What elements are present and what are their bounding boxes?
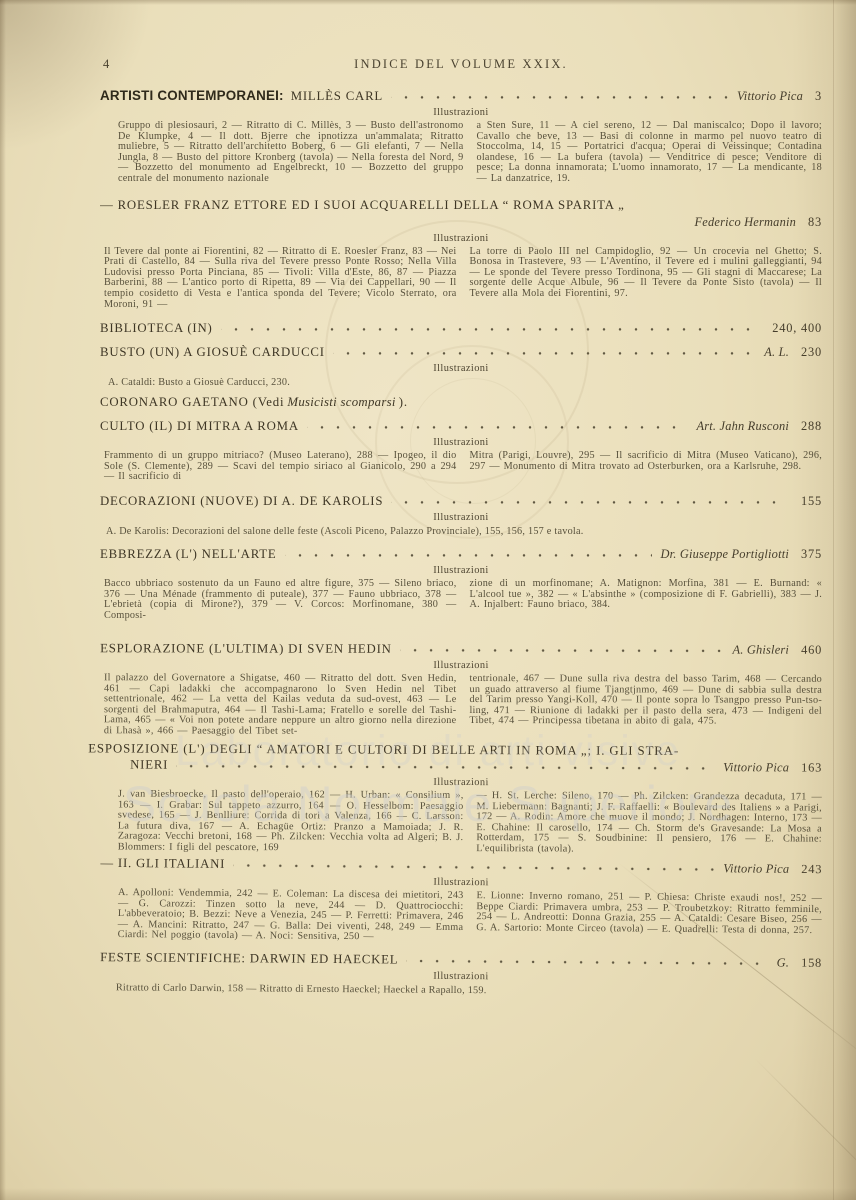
illustration-list-left: Frammento di un gruppo mitriaco? (Museo … — [104, 451, 457, 483]
entry-roesler-franz: — ROESLER FRANZ ETTORE ED I SUOI ACQUARE… — [100, 197, 822, 311]
entry-coronaro: CORONARO GAETANO (Vedi Musicisti scompar… — [100, 394, 822, 410]
page-ref: 460 — [801, 642, 822, 658]
illustration-columns: J. van Biesbroecke, Il pasto dell'operai… — [100, 789, 822, 856]
entry-title: ESPOSIZIONE (L') DEGLI “ AMATORI E CULTO… — [88, 740, 679, 759]
entry-gli-italiani: — II. GLI ITALIANI Vittorio Pica 243 Ill… — [100, 855, 823, 947]
illustration-columns: Frammento di un gruppo mitriaco? (Museo … — [100, 451, 822, 483]
author-name: A. Ghisleri — [732, 642, 789, 658]
entry-busto-carducci: BUSTO (UN) A GIOSUÈ CARDUCCI A. L. 230 I… — [100, 344, 822, 389]
entry-title-end: ). — [399, 394, 408, 410]
entry-title: — ROESLER FRANZ ETTORE ED I SUOI ACQUARE… — [100, 197, 625, 213]
entry-title: EBBREZZA (L') NELL'ARTE — [100, 546, 277, 562]
dots-leader — [391, 496, 781, 509]
page-ref: 158 — [801, 955, 822, 971]
page-ref: 3 — [815, 88, 822, 104]
entry-heading: ARTISTI CONTEMPORANEI: MILLÈS CARL Vitto… — [100, 88, 822, 104]
illustration-line: A. De Karolis: Decorazioni del salone de… — [100, 526, 822, 538]
entry-heading: BIBLIOTECA (IN) 240, 400 — [100, 320, 822, 336]
scanned-index-page: 4 INDICE DEL VOLUME XXIX. ARTISTI CONTEM… — [0, 0, 856, 1200]
dots-leader — [333, 347, 756, 360]
entry-title: DECORAZIONI (NUOVE) DI A. DE KAROLIS — [100, 493, 383, 509]
illustrations-label: Illustrazioni — [100, 106, 822, 119]
illustration-line: Ritratto di Carlo Darwin, 158 — Ritratto… — [100, 983, 822, 1001]
author-name: A. L. — [764, 344, 789, 360]
illustrations-label: Illustrazioni — [100, 436, 822, 449]
author-name: G. — [777, 955, 790, 971]
entry-artisti-contemporanei: ARTISTI CONTEMPORANEI: MILLÈS CARL Vitto… — [100, 88, 822, 185]
illustration-list-right: zione di un morfinomane; A. Matignon: Mo… — [470, 579, 823, 621]
entry-title-italic: Musicisti scomparsi — [287, 394, 395, 410]
author-name: Art. Jahn Rusconi — [696, 418, 789, 434]
page-ref: 288 — [801, 418, 822, 434]
illustrations-label: Illustrazioni — [100, 362, 822, 375]
page-header: 4 INDICE DEL VOLUME XXIX. — [100, 57, 822, 73]
illustrations-label: Illustrazioni — [100, 564, 822, 577]
volume-title: INDICE DEL VOLUME XXIX. — [100, 57, 822, 72]
entry-title: BUSTO (UN) A GIOSUÈ CARDUCCI — [100, 344, 325, 360]
entry-ebbrezza: EBBREZZA (L') NELL'ARTE Dr. Giuseppe Por… — [100, 546, 822, 621]
page-content: 4 INDICE DEL VOLUME XXIX. ARTISTI CONTEM… — [100, 0, 822, 997]
illustration-list-right: E. Lionne: Inverno romano, 251 — P. Chie… — [476, 892, 822, 948]
dots-leader — [307, 421, 689, 434]
entry-feste-scientifiche: FESTE SCIENTIFICHE: DARWIN ED HAECKEL G.… — [100, 950, 822, 1001]
dots-leader — [391, 91, 729, 104]
illustration-list-right: a Sten Sure, 11 — A ciel sereno, 12 — Da… — [477, 121, 823, 185]
page-edge-line — [833, 0, 834, 1200]
illustration-list-left: Bacco ubbriaco sostenuto da un Fauno ed … — [104, 579, 457, 621]
dots-leader — [176, 760, 715, 775]
entry-heading: EBBREZZA (L') NELL'ARTE Dr. Giuseppe Por… — [100, 546, 822, 562]
illustration-columns: Gruppo di plesiosauri, 2 — Ritratto di C… — [100, 121, 822, 185]
illustration-list-left: Il Tevere dal ponte ai Fiorentini, 82 — … — [104, 247, 457, 311]
page-ref: 243 — [801, 861, 822, 877]
paper-crease-line — [754, 1058, 856, 1193]
entry-title: FESTE SCIENTIFICHE: DARWIN ED HAECKEL — [100, 950, 398, 968]
page-ref: 155 — [801, 493, 822, 509]
illustration-list-right: tentrionale, 467 — Dune sulla riva destr… — [469, 674, 822, 738]
entry-decorazioni: DECORAZIONI (NUOVE) DI A. DE KAROLIS 155… — [100, 493, 822, 538]
author-name: Dr. Giuseppe Portigliotti — [660, 546, 789, 562]
entry-title: CORONARO GAETANO (Vedi — [100, 394, 284, 410]
dots-leader — [221, 323, 753, 336]
entry-title: ESPLORAZIONE (L'ULTIMA) DI SVEN HEDIN — [100, 641, 392, 658]
entry-heading: BUSTO (UN) A GIOSUÈ CARDUCCI A. L. 230 — [100, 344, 822, 360]
illustrations-label: Illustrazioni — [100, 511, 822, 524]
illustration-list-left: A. Apolloni: Vendemmia, 242 — E. Coleman… — [118, 888, 464, 944]
dots-leader — [285, 549, 653, 562]
entry-biblioteca: BIBLIOTECA (IN) 240, 400 — [100, 320, 822, 336]
illustration-line: A. Cataldi: Busto a Giosuè Carducci, 230… — [100, 377, 822, 389]
entry-title: CULTO (IL) DI MITRA A ROMA — [100, 418, 299, 434]
illustrations-label: Illustrazioni — [100, 659, 822, 674]
entry-heading-line1: ESPOSIZIONE (L') DEGLI “ AMATORI E CULTO… — [88, 740, 822, 759]
author-name: Federico Hermanin — [695, 214, 796, 230]
entry-title: BIBLIOTECA (IN) — [100, 320, 213, 336]
page-ref: 230 — [801, 344, 822, 360]
entry-culto-mitra: CULTO (IL) DI MITRA A ROMA Art. Jahn Rus… — [100, 418, 822, 483]
page-ref: 375 — [801, 546, 822, 562]
dots-leader — [406, 955, 768, 971]
illustration-list-right: Mitra (Parigi, Louvre), 295 — Il sacrifi… — [470, 451, 823, 483]
illustration-columns: Il palazzo del Governatore a Shigatse, 4… — [100, 674, 822, 739]
entry-title-continued: NIERI — [130, 756, 168, 772]
entry-heading: ESPLORAZIONE (L'ULTIMA) DI SVEN HEDIN A.… — [100, 641, 822, 659]
page-ref: 83 — [808, 214, 822, 230]
illustrations-label: Illustrazioni — [100, 232, 822, 245]
entry-title: — II. GLI ITALIANI — [100, 855, 225, 872]
entry-esplorazione-hedin: ESPLORAZIONE (L'ULTIMA) DI SVEN HEDIN A.… — [100, 641, 822, 739]
illustration-list-left: J. van Biesbroecke, Il pasto dell'operai… — [118, 789, 464, 854]
author-name: Vittorio Pica — [737, 88, 803, 104]
illustration-list-right: — H. St. Lerche: Sileno, 170 — Ph. Zilck… — [476, 791, 822, 856]
illustration-columns: Bacco ubbriaco sostenuto da un Fauno ed … — [100, 579, 822, 621]
illustration-list-left: Gruppo di plesiosauri, 2 — Ritratto di C… — [118, 121, 464, 185]
author-name: Vittorio Pica — [723, 759, 789, 775]
entry-title: MILLÈS CARL — [291, 88, 383, 104]
entry-heading: CORONARO GAETANO (Vedi Musicisti scompar… — [100, 394, 822, 410]
entry-heading: — ROESLER FRANZ ETTORE ED I SUOI ACQUARE… — [100, 197, 822, 213]
entry-heading-line2: NIERI Vittorio Pica 163 — [100, 756, 822, 775]
entry-esposizione-stranieri: ESPOSIZIONE (L') DEGLI “ AMATORI E CULTO… — [100, 740, 822, 856]
author-name: Vittorio Pica — [723, 861, 789, 878]
dots-leader — [400, 644, 725, 657]
entry-heading: DECORAZIONI (NUOVE) DI A. DE KAROLIS 155 — [100, 493, 822, 509]
entry-title-bold: ARTISTI CONTEMPORANEI: — [100, 88, 284, 104]
entry-heading: CULTO (IL) DI MITRA A ROMA Art. Jahn Rus… — [100, 418, 822, 434]
entry-author-line: Federico Hermanin 83 — [100, 214, 822, 230]
page-ref: 163 — [801, 759, 822, 775]
page-ref: 240, 400 — [772, 320, 822, 336]
illustration-list-right: La torre di Paolo III nel Campidoglio, 9… — [470, 247, 823, 311]
illustration-columns: A. Apolloni: Vendemmia, 242 — E. Coleman… — [100, 888, 822, 947]
illustration-list-left: Il palazzo del Governatore a Shigatse, 4… — [104, 674, 457, 738]
illustration-columns: Il Tevere dal ponte ai Fiorentini, 82 — … — [100, 247, 822, 311]
